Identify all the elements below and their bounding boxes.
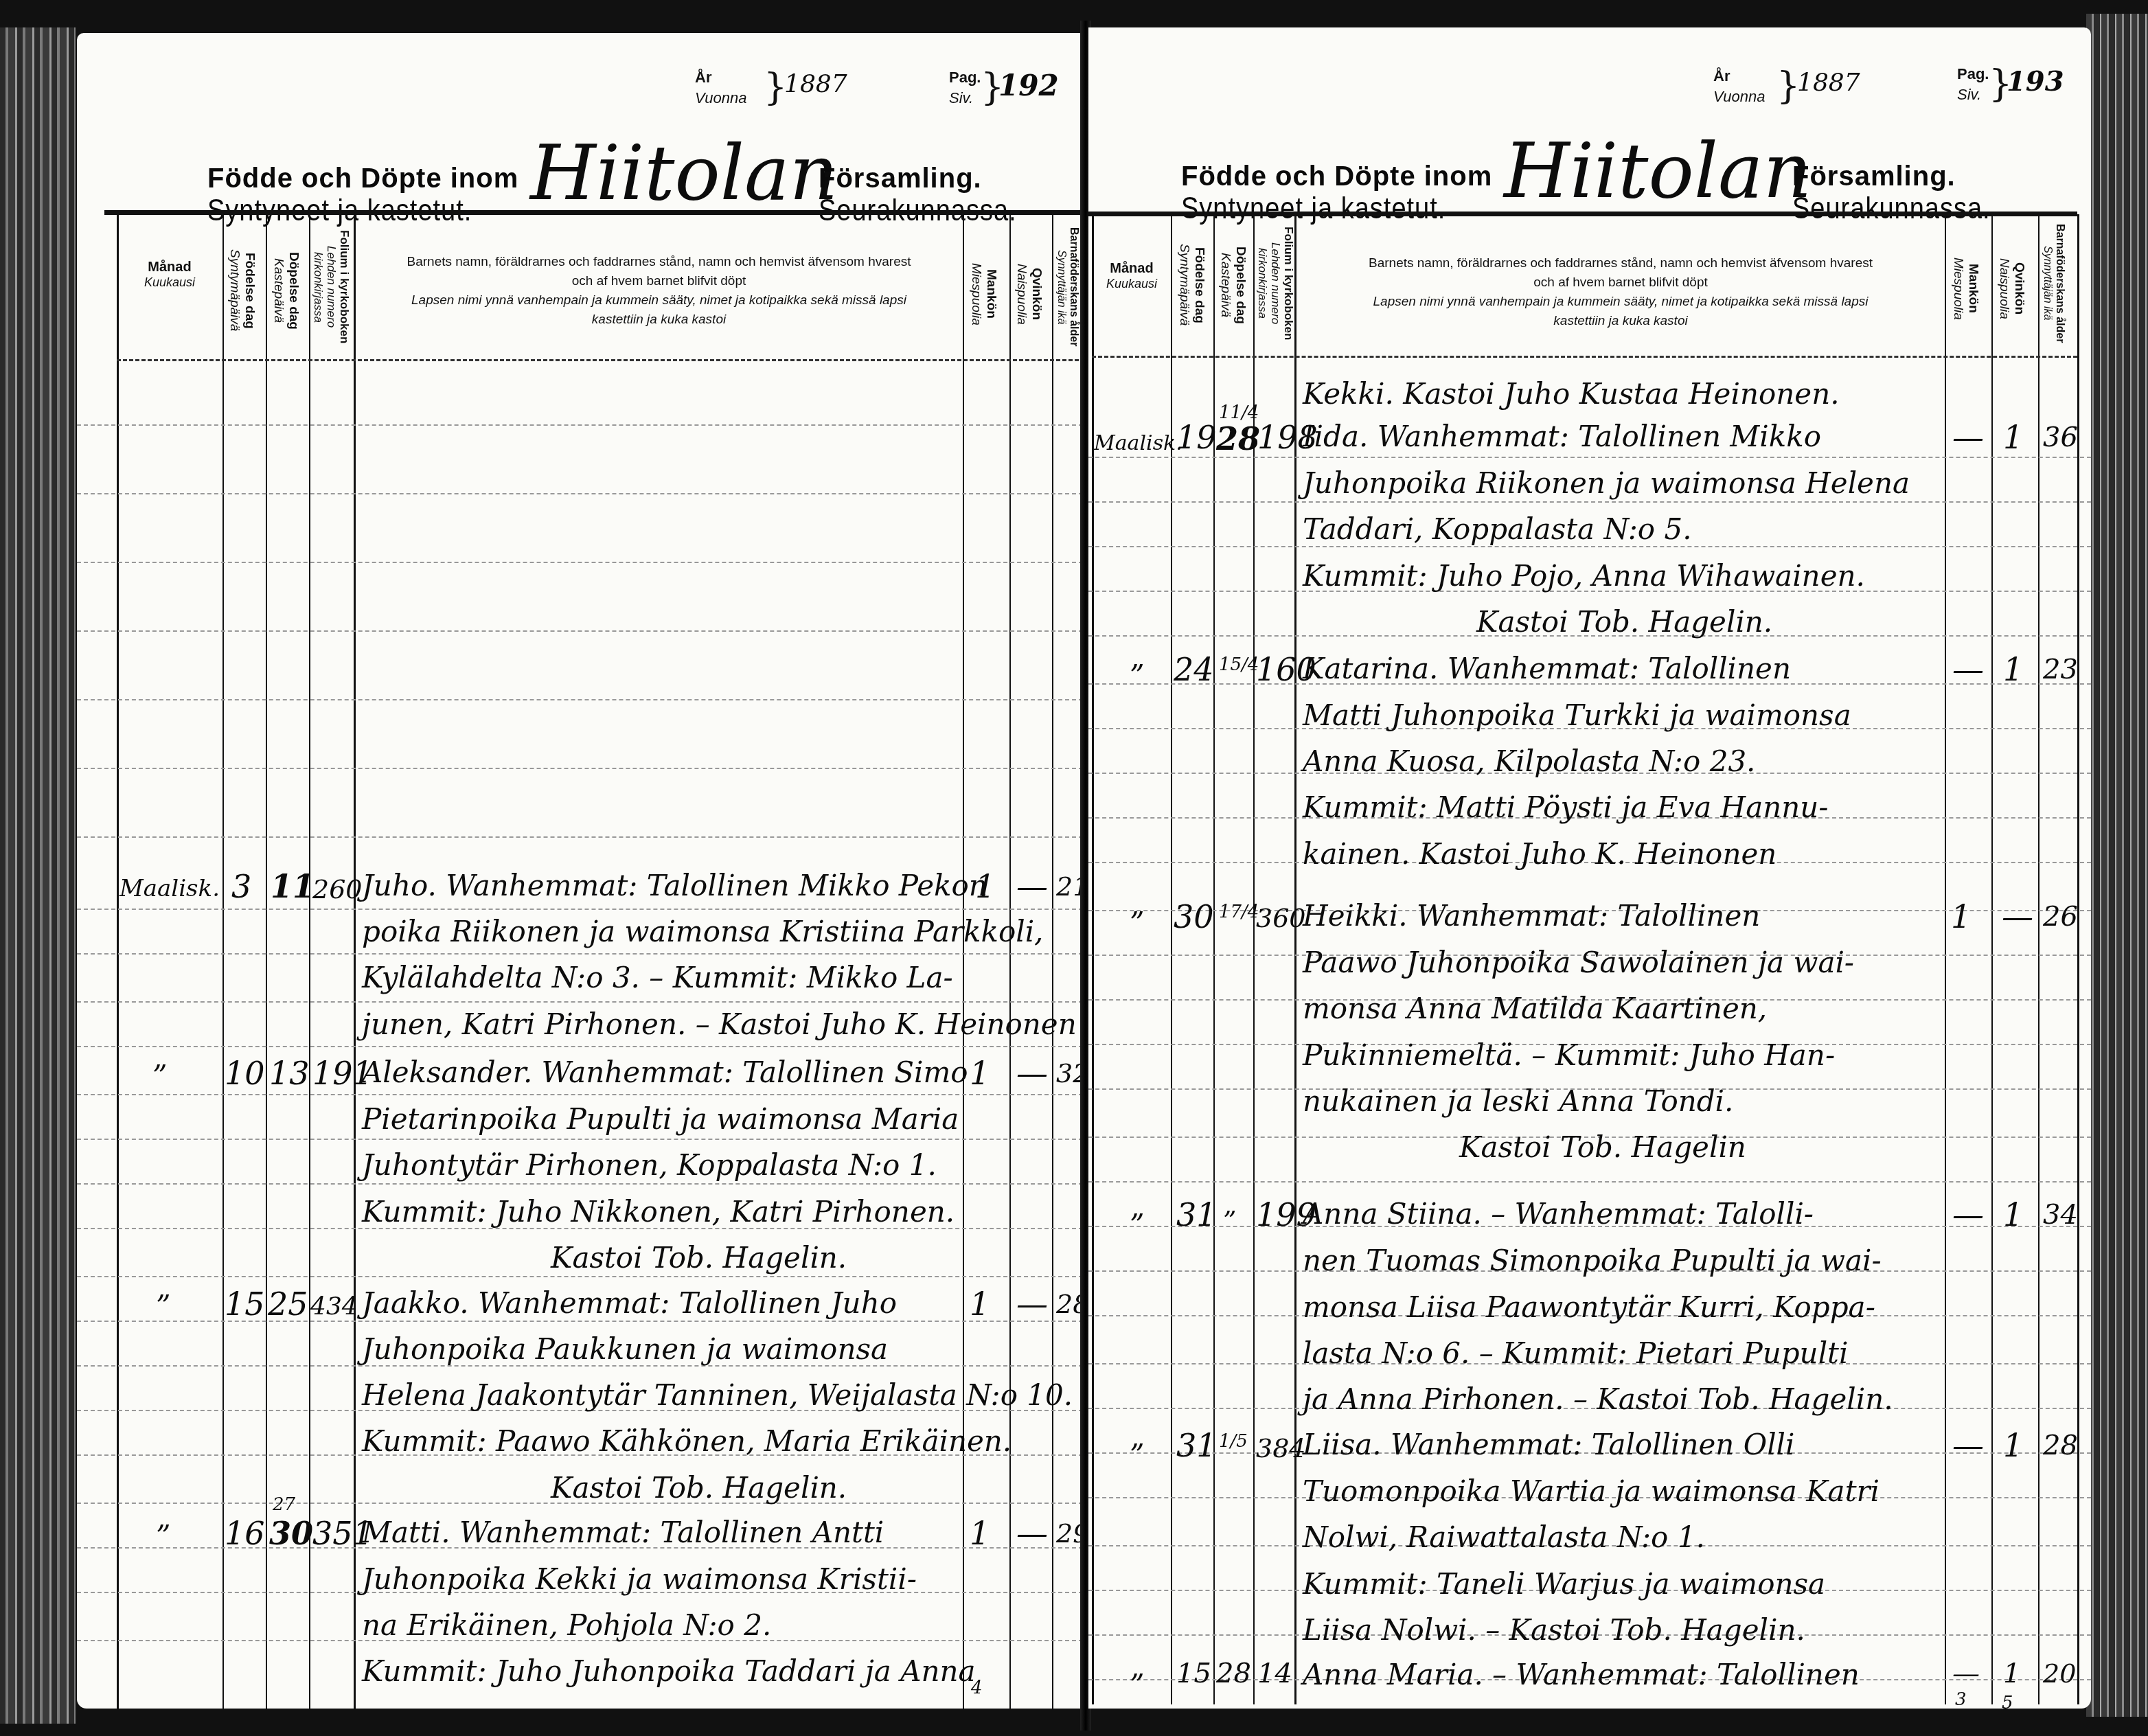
header-description: Barnets namn, föräldrarnes och faddrarne… xyxy=(355,253,963,330)
page-number: 192 xyxy=(998,69,1059,102)
title-sv-suffix: Församling. xyxy=(819,163,982,194)
header-male: MankönMiespuolia xyxy=(1950,233,1980,343)
header-mother-age: Barnaföderskans ålderSynnyttäjän ikä xyxy=(1055,218,1079,356)
book-edge-right xyxy=(2086,14,2148,1717)
column-total-male: 4 xyxy=(971,1678,983,1698)
carryover-line: Kekki. Kastoi Juho Kustaa Heinonen. xyxy=(1303,378,1840,411)
page-label-sv: Pag. xyxy=(949,69,981,87)
header-baptism-day: Döpelse dagKastepäivä xyxy=(1218,227,1248,343)
header-birth-day: Födelse dagSyntymäpäivä xyxy=(1176,227,1207,343)
header-mother-age: Barnaföderskans ålderSynnyttäjän ikä xyxy=(2041,216,2066,350)
title-sv-prefix: Födde och Döpte inom xyxy=(207,163,518,194)
header-month: MånadKuukausi xyxy=(118,260,221,290)
table-top-rule xyxy=(104,210,1083,215)
year-label-fi: Vuonna xyxy=(695,89,746,107)
header-folio: Folium i kyrkobokenLehden numerokirkonki… xyxy=(312,218,351,356)
page-number: 193 xyxy=(2007,65,2064,98)
year-value: 1887 xyxy=(784,70,847,98)
column-total-male: 3 xyxy=(1955,1689,1967,1709)
parish-name: Hiitolan xyxy=(530,129,838,217)
year-label-sv: År xyxy=(695,69,711,87)
left-page: År Vuonna } 1887 Pag. Siv. } 192 Födde o… xyxy=(77,33,1083,1709)
year-value: 1887 xyxy=(1797,69,1860,97)
page-label-fi: Siv. xyxy=(949,89,973,107)
column-total-female: 5 xyxy=(2002,1693,2013,1709)
parish-name: Hiitolan xyxy=(1504,127,1812,215)
header-month: MånadKuukausi xyxy=(1094,261,1169,291)
right-page: År Vuonna } 1887 Pag. Siv. } 193 Födde o… xyxy=(1088,27,2091,1709)
header-birth-day: Födelse dagSyntymäpäivä xyxy=(227,232,257,349)
header-baptism-day: Döpelse dagKastepäivä xyxy=(271,232,301,349)
header-male: MankönMiespuolia xyxy=(968,239,998,349)
header-folio: Folium i kyrkobokenLehden numerokirkonki… xyxy=(1256,216,1295,350)
header-female: QvinkönNaispuolia xyxy=(1996,233,2026,343)
header-female: QvinkönNaispuolia xyxy=(1014,239,1044,349)
book-edge-left xyxy=(0,27,76,1724)
header-description: Barnets namn, föräldrarnes och faddrarne… xyxy=(1296,254,1945,331)
